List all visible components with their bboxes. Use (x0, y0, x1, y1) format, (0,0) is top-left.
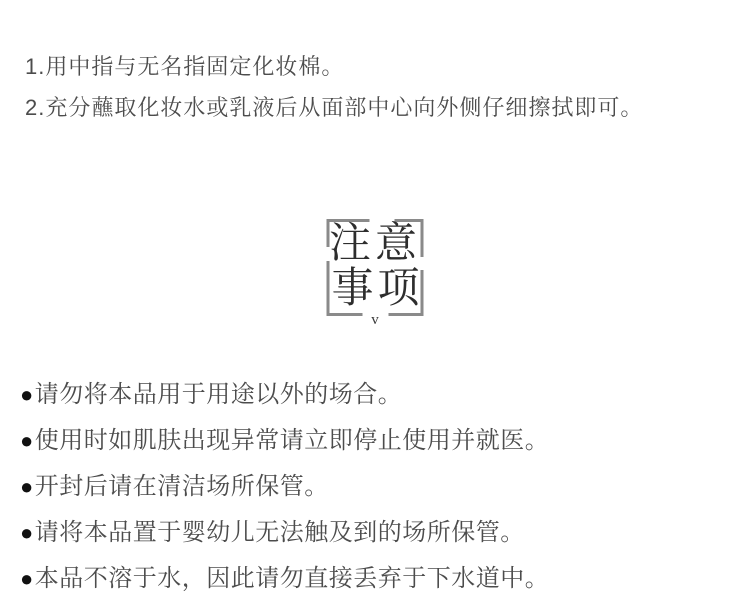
notice-heading-line-2: 事项 (310, 267, 440, 312)
bullet-icon: ● (20, 566, 34, 591)
chevron-down-icon: v (369, 313, 381, 328)
instruction-step-2: 2.充分蘸取化妆水或乳液后从面部中心向外侧仔细擦拭即可。 (25, 87, 730, 128)
list-item: ●请将本品置于婴幼儿无法触及到的场所保管。 (20, 510, 740, 556)
list-item: ●使用时如肌肤出现异常请立即停止使用并就医。 (20, 418, 740, 464)
bullet-icon: ● (20, 382, 34, 407)
warning-text-1: 请勿将本品用于用途以外的场合。 (35, 381, 403, 408)
precautions-list: ●请勿将本品用于用途以外的场合。 ●使用时如肌肤出现异常请立即停止使用并就医。 … (20, 372, 740, 600)
list-item: ●本品不溶于水，因此请勿直接丢弃于下水道中。 (20, 556, 740, 600)
notice-heading-text: 注意 事项 (310, 222, 440, 312)
warning-text-4: 请将本品置于婴幼儿无法触及到的场所保管。 (35, 519, 525, 546)
warning-text-5: 本品不溶于水，因此请勿直接丢弃于下水道中。 (35, 565, 550, 592)
warning-text-2: 使用时如肌肤出现异常请立即停止使用并就医。 (35, 427, 550, 454)
bullet-icon: ● (20, 428, 34, 453)
notice-heading-badge: 注意 事项 v (327, 219, 424, 316)
instruction-step-1: 1.用中指与无名指固定化妆棉。 (25, 46, 730, 87)
usage-instructions: 1.用中指与无名指固定化妆棉。 2.充分蘸取化妆水或乳液后从面部中心向外侧仔细擦… (25, 46, 730, 128)
notice-heading-line-1: 注意 (310, 222, 440, 267)
product-description-page: 1.用中指与无名指固定化妆棉。 2.充分蘸取化妆水或乳液后从面部中心向外侧仔细擦… (0, 0, 750, 600)
bullet-icon: ● (20, 474, 34, 499)
warning-text-3: 开封后请在清洁场所保管。 (35, 473, 329, 500)
list-item: ●开封后请在清洁场所保管。 (20, 464, 740, 510)
bullet-icon: ● (20, 520, 34, 545)
list-item: ●请勿将本品用于用途以外的场合。 (20, 372, 740, 418)
